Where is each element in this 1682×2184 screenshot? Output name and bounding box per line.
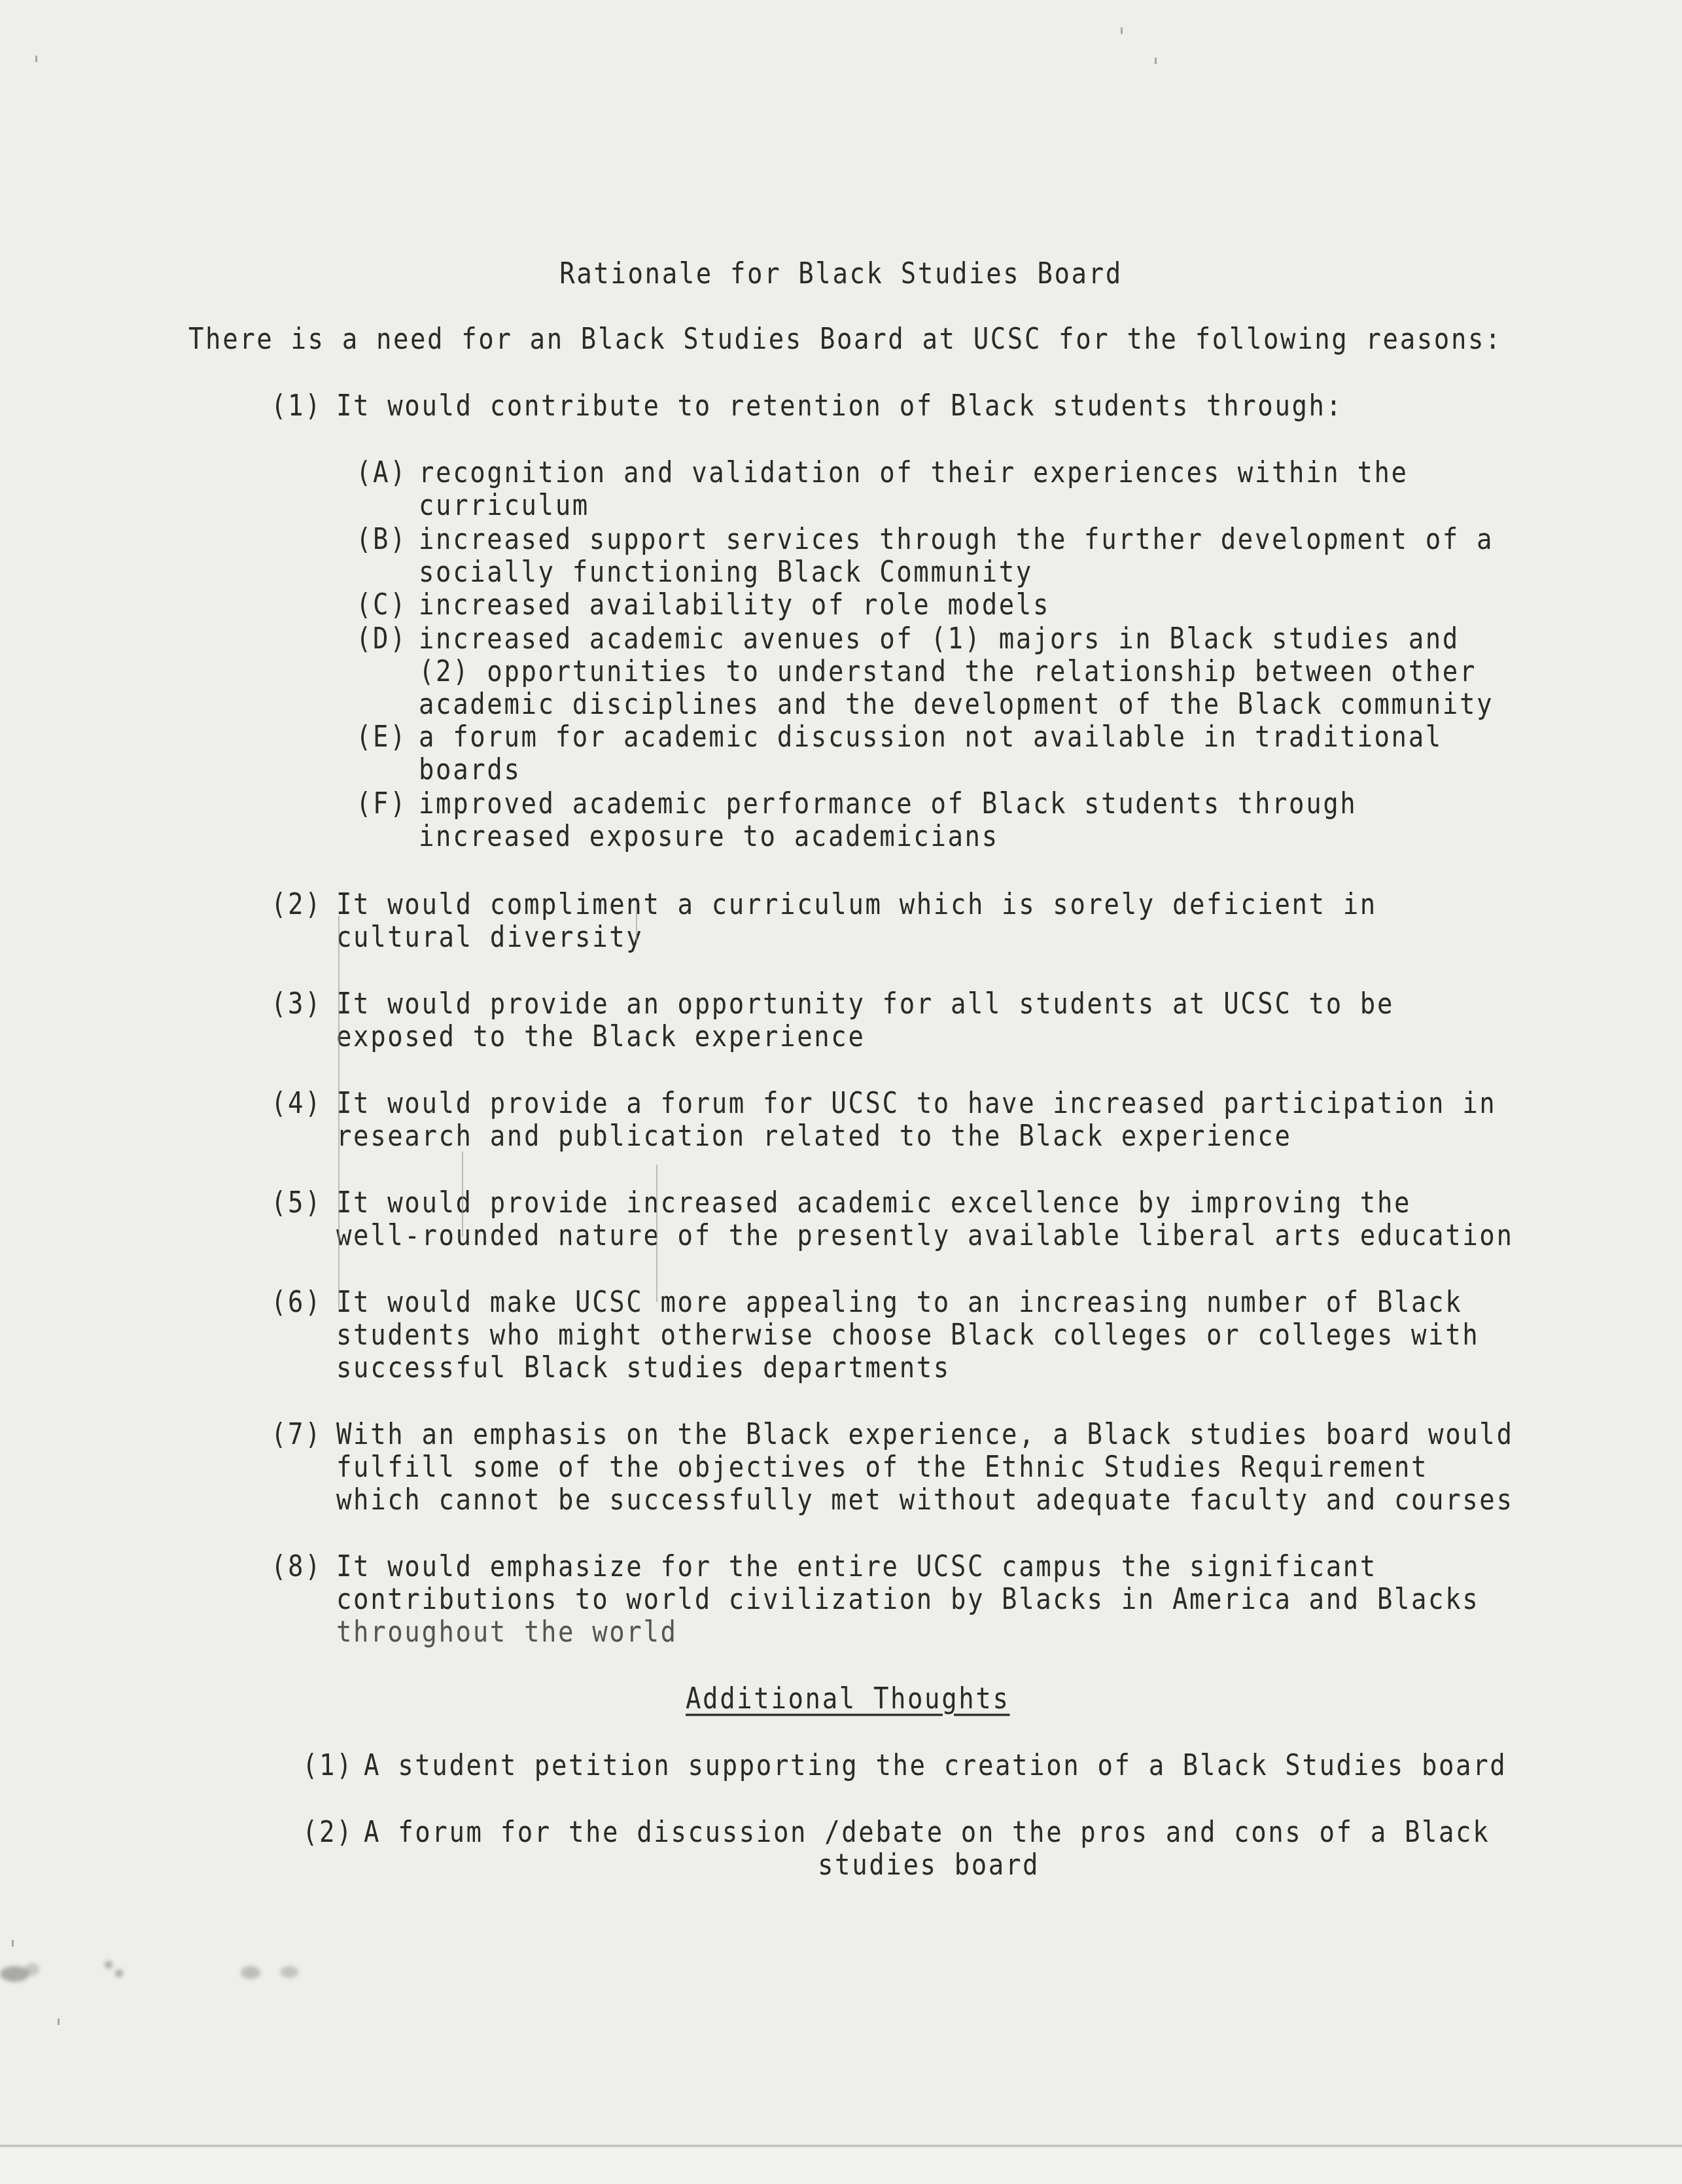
reason-text: It would make UCSC more appealing to an …	[336, 1285, 1462, 1322]
subitem-text: increased support services through the f…	[419, 522, 1494, 559]
scan-mark	[656, 1165, 657, 1302]
reason-label: (8)	[271, 1549, 322, 1586]
intro-paragraph: There is a need for an Black Studies Boa…	[188, 322, 1502, 359]
document-page: Rationale for Black Studies Board There …	[0, 0, 1682, 2146]
reason-text: well-rounded nature of the presently ava…	[336, 1218, 1514, 1255]
subitem-text: curriculum	[419, 488, 589, 525]
reason-text: research and publication related to the …	[336, 1119, 1291, 1155]
reason-label: (5)	[271, 1186, 322, 1222]
subitem-text: boards	[419, 752, 521, 789]
scan-background	[0, 2147, 1682, 2184]
scan-smudge	[105, 1961, 113, 1969]
subitem-text: academic disciplines and the development…	[419, 687, 1494, 724]
subitem-label: (E)	[356, 720, 407, 756]
subitem-label: (C)	[356, 588, 407, 624]
subitem-text: a forum for academic discussion not avai…	[419, 720, 1443, 756]
scan-smudge	[25, 1963, 39, 1976]
scan-mark	[636, 903, 637, 942]
reason-label: (3)	[271, 987, 322, 1023]
additional-label: (2)	[302, 1815, 353, 1852]
scan-mark	[462, 1152, 463, 1237]
reason-text: With an emphasis on the Black experience…	[336, 1417, 1514, 1454]
reason-label: (4)	[271, 1086, 322, 1123]
scan-speck	[58, 2018, 60, 2025]
reason-text: It would provide increased academic exce…	[336, 1186, 1411, 1222]
reason-text: It would provide a forum for UCSC to hav…	[336, 1086, 1496, 1123]
scan-speck	[1155, 58, 1157, 64]
reason-label: (7)	[271, 1417, 322, 1454]
additional-text: A forum for the discussion /debate on th…	[364, 1815, 1490, 1852]
scan-smudge	[115, 1969, 123, 1977]
reason-text: contributions to world civilization by B…	[336, 1582, 1479, 1619]
subitem-text: (2) opportunities to understand the rela…	[419, 654, 1477, 691]
reason-text: It would contribute to retention of Blac…	[336, 389, 1343, 425]
additional-text: studies board	[818, 1848, 1040, 1884]
reason-text: It would compliment a curriculum which i…	[336, 887, 1377, 924]
scan-smudge	[241, 1966, 260, 1979]
reason-text: It would provide an opportunity for all …	[336, 987, 1394, 1023]
subitem-text: socially functioning Black Community	[419, 555, 1033, 591]
reason-text: which cannot be successfully met without…	[336, 1483, 1514, 1519]
subitem-text: increased exposure to academicians	[419, 819, 999, 856]
reason-label: (6)	[271, 1285, 322, 1322]
scan-speck	[1121, 27, 1123, 34]
reason-label: (1)	[271, 389, 322, 425]
scan-mark	[338, 916, 340, 1309]
subitem-text: improved academic performance of Black s…	[419, 786, 1357, 823]
reason-text: exposed to the Black experience	[336, 1019, 865, 1056]
reason-text: students who might otherwise choose Blac…	[336, 1318, 1479, 1354]
scan-smudge	[280, 1966, 298, 1978]
reason-text: successful Black studies departments	[336, 1350, 951, 1387]
reason-text: throughout the world	[336, 1615, 678, 1651]
subitem-text: increased availability of role models	[419, 588, 1050, 624]
additional-thoughts-heading: Additional Thoughts	[686, 1682, 1010, 1718]
document-title: Rationale for Black Studies Board	[0, 256, 1682, 293]
subitem-text: increased academic avenues of (1) majors…	[419, 622, 1460, 658]
scan-speck	[12, 1940, 14, 1946]
reason-text: cultural diversity	[336, 920, 643, 957]
subitem-text: recognition and validation of their expe…	[419, 455, 1409, 492]
reason-text: fulfill some of the objectives of the Et…	[336, 1450, 1428, 1487]
subitem-label: (D)	[356, 622, 407, 658]
additional-label: (1)	[302, 1748, 353, 1785]
reason-label: (2)	[271, 887, 322, 924]
subitem-label: (B)	[356, 522, 407, 559]
subitem-label: (A)	[356, 455, 407, 492]
subitem-label: (F)	[356, 786, 407, 823]
scan-speck	[35, 56, 37, 62]
additional-text: A student petition supporting the creati…	[364, 1748, 1507, 1785]
reason-text: It would emphasize for the entire UCSC c…	[336, 1549, 1377, 1586]
